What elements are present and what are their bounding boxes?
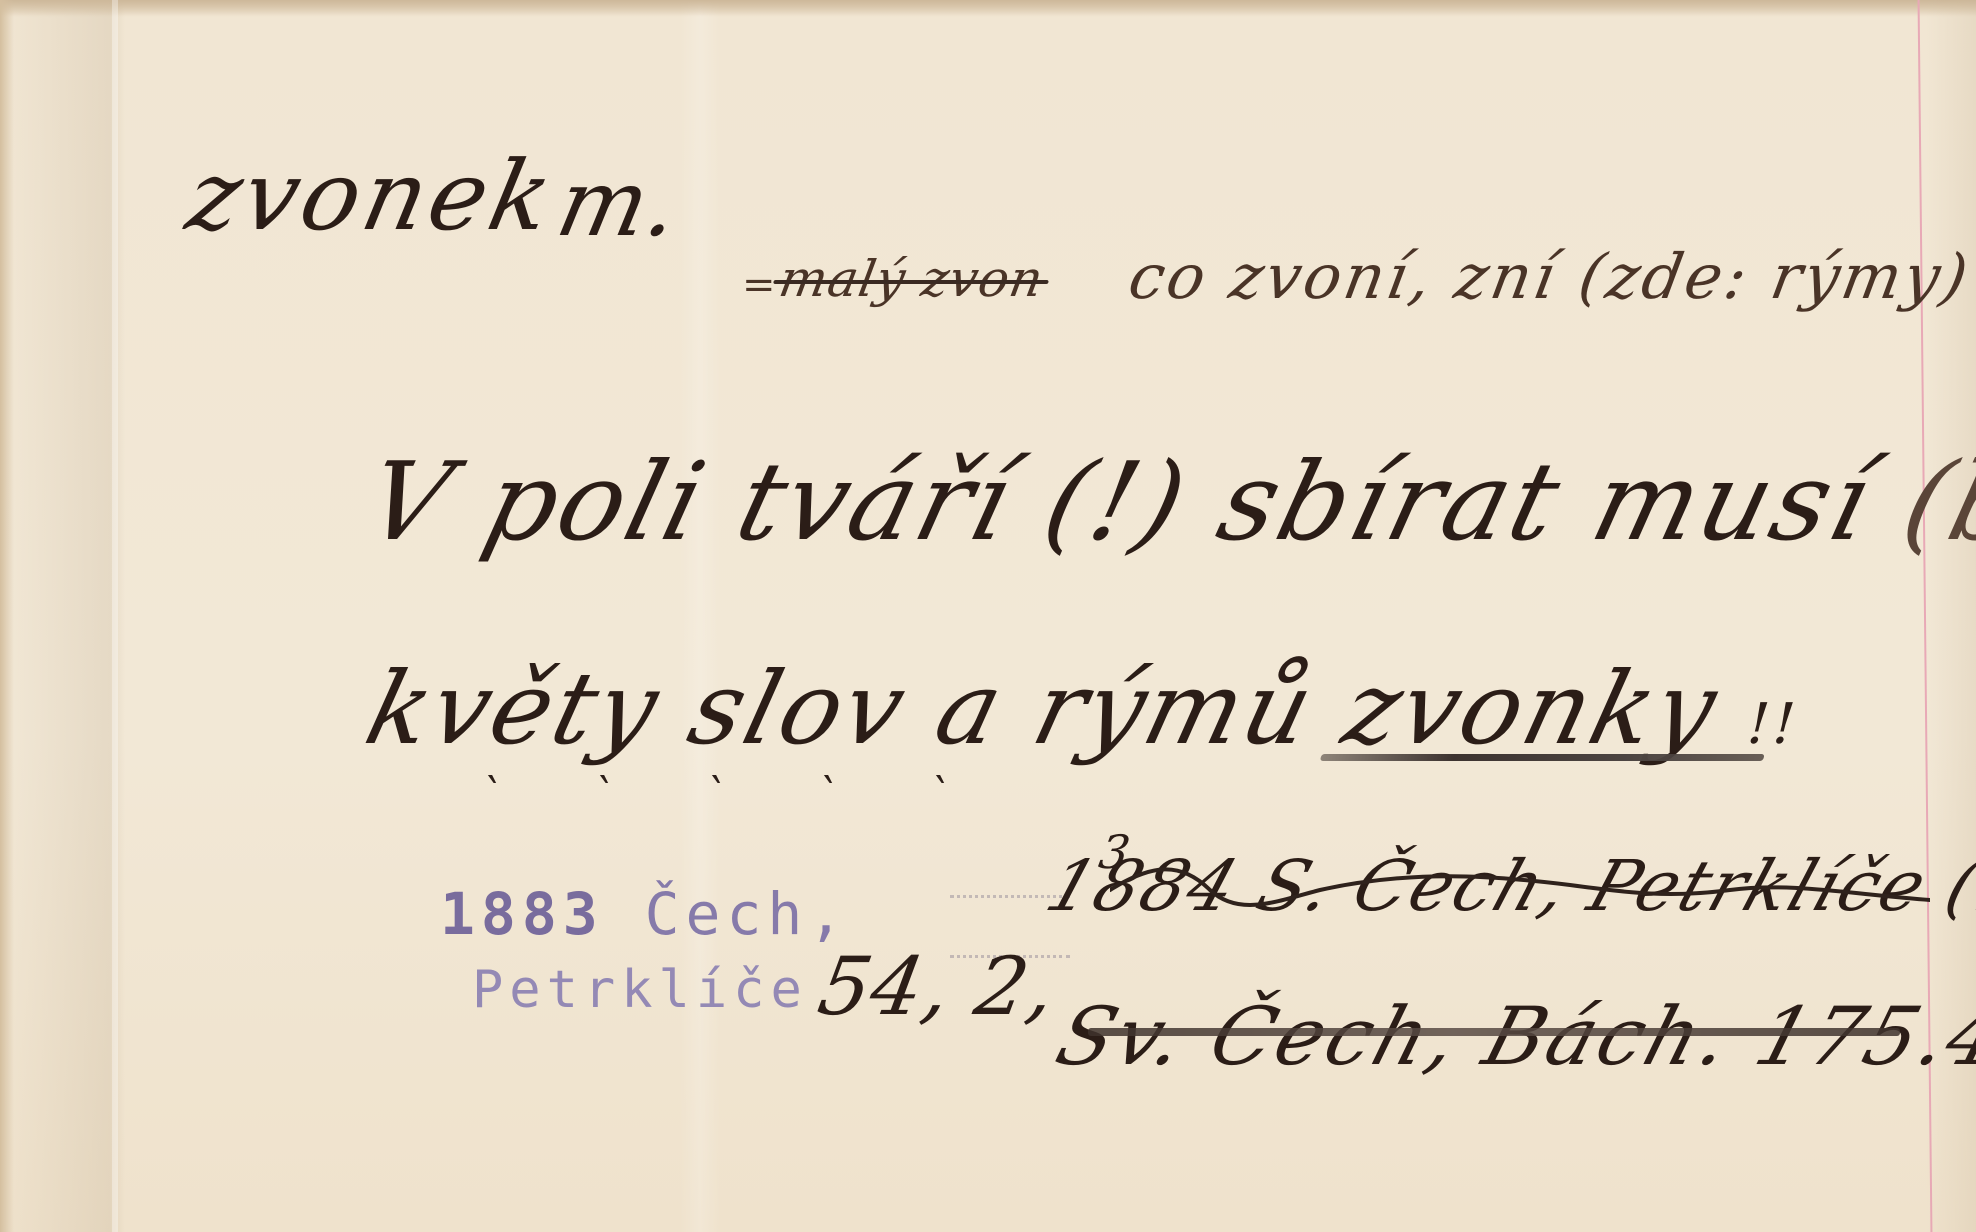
- quotation-text: sbírat musí: [1207, 440, 1886, 565]
- struck-phrase: malý zvon: [775, 250, 1048, 308]
- definition-equals-sign: =: [742, 262, 777, 308]
- quotation-line-1: V poli tváří (!) sbírat musí (básník): [354, 440, 1976, 565]
- emphasis-mark: !!: [1739, 692, 1806, 757]
- source-locator: 54, 2,: [812, 940, 1063, 1033]
- definition-struck-text: malý zvon: [775, 250, 1048, 308]
- quotation-text: květy slov a rýmů: [355, 650, 1327, 767]
- straight-strikethrough: [1088, 1028, 1900, 1036]
- card-left-edge: [0, 0, 14, 1232]
- paper-fold-line: [112, 0, 118, 1232]
- source-year: 1883: [440, 880, 604, 948]
- quotation-line-2: květy slov a rýmů zvonky !!: [355, 650, 1816, 767]
- headword: zvonek: [178, 140, 565, 252]
- struck-citation-2: Sv. Čech, Bách. 175.4. (1886).: [1047, 990, 1976, 1083]
- source-author: Čech,: [645, 880, 850, 948]
- grammar-label: m.: [549, 150, 690, 257]
- exclamation-note: (!): [1033, 440, 1201, 565]
- card-top-edge: [0, 0, 1976, 16]
- source-title: Petrklíče: [472, 960, 808, 1020]
- underlined-headword-form: zvonky: [1333, 650, 1731, 767]
- definition-text: co zvoní, zní (zde: rýmy): [1124, 240, 1976, 313]
- wavy-strikethrough: [1110, 860, 1930, 930]
- quotation-text: V poli tváří: [354, 440, 1026, 565]
- scansion-marks: ` ` ` ` `: [480, 770, 988, 821]
- poet-note: (básník): [1892, 440, 1976, 565]
- source-stamp-line-1: 1883 Čech,: [440, 880, 849, 948]
- dictionary-card: zvonek m. = malý zvon co zvoní, zní (zde…: [0, 0, 1976, 1232]
